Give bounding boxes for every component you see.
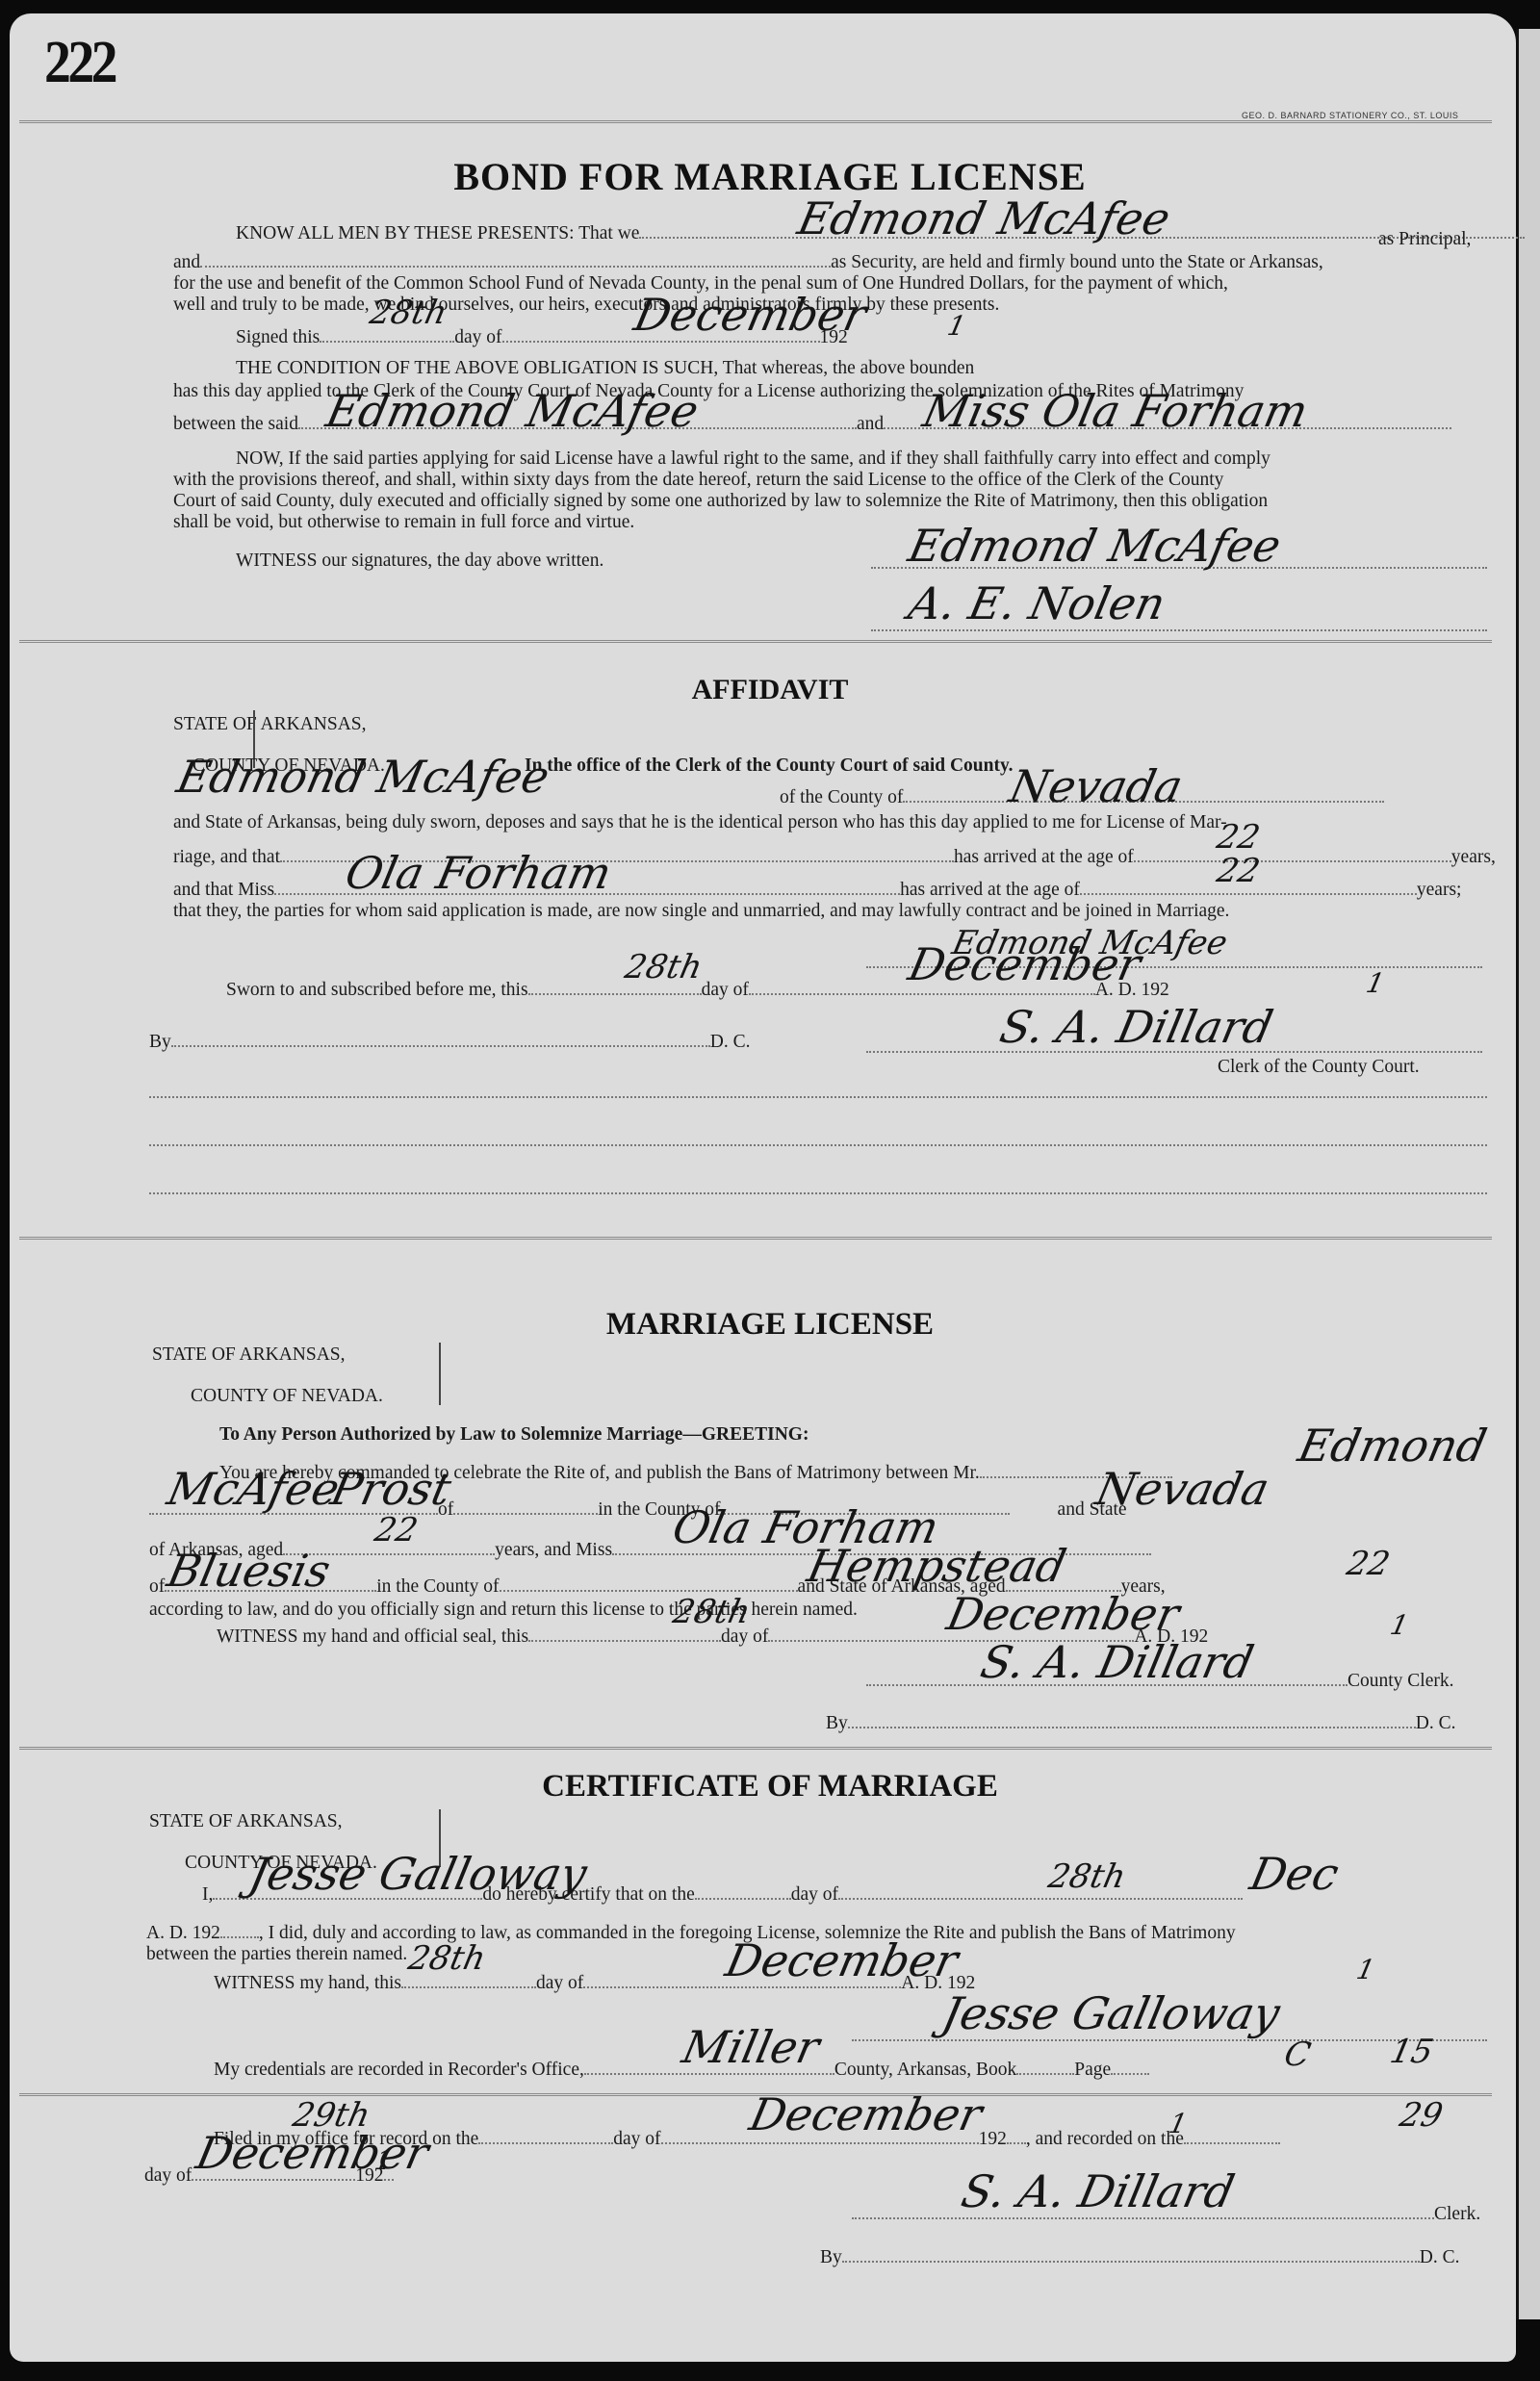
- principal-signature: Edmond McAfee: [904, 520, 1285, 572]
- security-signature: A. E. Nolen: [904, 577, 1169, 629]
- recorded-day: 29: [1397, 2096, 1447, 2135]
- license-witness-day: 28th: [670, 1593, 754, 1631]
- affidavit-groom-age: 22: [1214, 818, 1264, 857]
- bond-line-2: andas Security, are held and firmly boun…: [173, 252, 1323, 273]
- affidavit-line-5: that they, the parties for whom said app…: [173, 901, 1229, 922]
- bond-groom-name: Edmond McAfee: [321, 385, 703, 437]
- affidavit-bride-age: 22: [1214, 852, 1264, 890]
- credentials-county: Miller: [678, 2021, 824, 2073]
- certificate-witness-month: December: [721, 1934, 962, 1986]
- affidavit-line-2: and State of Arkansas, being duly sworn,…: [173, 812, 1227, 833]
- page-number: 222: [44, 29, 115, 97]
- certificate-line-2: A. D. 192, I did, duly and according to …: [146, 1923, 1236, 1944]
- signed-day: 28th: [367, 294, 450, 332]
- now-line-2: with the provisions thereof, and shall, …: [173, 470, 1223, 491]
- license-bride-town: Bluesis: [163, 1545, 335, 1597]
- license-brace: [438, 1343, 441, 1405]
- license-title: MARRIAGE LICENSE: [0, 1307, 1540, 1343]
- license-groom-county: Nevada: [1091, 1463, 1273, 1515]
- certificate-month: Dec: [1245, 1848, 1343, 1900]
- license-groom-last: McAfee: [163, 1463, 344, 1515]
- sworn-month: December: [904, 938, 1145, 990]
- certificate-state: STATE OF ARKANSAS,: [149, 1811, 343, 1832]
- filed-month: December: [745, 2088, 987, 2140]
- bond-bride-name: Miss Ola Forham: [918, 385, 1312, 437]
- license-county: COUNTY OF NEVADA.: [191, 1386, 383, 1407]
- affidavit-bride-name: Ola Forham: [341, 847, 616, 899]
- sworn-day: 28th: [622, 948, 706, 986]
- certificate-witness-day: 28th: [405, 1939, 489, 1978]
- license-clerk-signature: S. A. Dillard: [976, 1636, 1258, 1688]
- affidavit-office-line: In the office of the Clerk of the County…: [525, 755, 1014, 777]
- license-bride-age: 22: [1344, 1545, 1394, 1583]
- certificate-title: CERTIFICATE OF MARRIAGE: [0, 1769, 1540, 1805]
- stationer-imprint: GEO. D. BARNARD STATIONERY CO., ST. LOUI…: [1242, 111, 1458, 120]
- affiant-name: Edmond McAfee: [172, 751, 553, 803]
- affidavit-title: AFFIDAVIT: [0, 674, 1540, 706]
- bond-witness-line: WITNESS our signatures, the day above wr…: [236, 550, 603, 572]
- recorded-month: December: [192, 2127, 433, 2179]
- bond-line-4: well and truly to be made, we bind ourse…: [173, 294, 999, 316]
- license-by-line: ByD. C.: [826, 1713, 1455, 1734]
- officiant-signature: Jesse Galloway: [937, 1987, 1284, 2039]
- license-groom-age: 22: [372, 1511, 422, 1549]
- certificate-day: 28th: [1045, 1857, 1129, 1896]
- certificate-line-3: between the parties therein named.: [146, 1944, 407, 1965]
- filing-by-line: ByD. C.: [820, 2247, 1459, 2268]
- condition-line-1: THE CONDITION OF THE ABOVE OBLIGATION IS…: [236, 358, 974, 379]
- now-line-4: shall be void, but otherwise to remain i…: [173, 512, 634, 533]
- section-rule-1: [19, 640, 1492, 647]
- principal-name: Edmond McAfee: [793, 192, 1174, 244]
- license-groom-town: Prost: [326, 1463, 455, 1515]
- now-line-1: NOW, If the said parties applying for sa…: [236, 448, 1270, 470]
- header-rule: [19, 120, 1492, 127]
- license-witness-month: December: [942, 1588, 1184, 1640]
- credentials-page: 15: [1387, 2033, 1437, 2071]
- as-principal-label: as Principal,: [1378, 229, 1471, 250]
- license-bride-county: Hempstead: [803, 1540, 1070, 1592]
- license-groom-first: Edmond: [1294, 1420, 1491, 1472]
- affidavit-clerk-signature: S. A. Dillard: [995, 1001, 1277, 1053]
- license-greeting: To Any Person Authorized by Law to Solem…: [219, 1424, 808, 1446]
- adjacent-page-edge: [1516, 29, 1540, 2319]
- now-line-3: Court of said County, duly executed and …: [173, 491, 1268, 512]
- filing-clerk-signature: S. A. Dillard: [957, 2165, 1239, 2217]
- officiant-name: Jesse Galloway: [244, 1848, 591, 1900]
- signed-month: December: [629, 289, 871, 341]
- section-rule-3: [19, 1747, 1492, 1754]
- affiant-county: Nevada: [1005, 760, 1187, 812]
- blank-dotted-line-2: [149, 1131, 1487, 1152]
- blank-dotted-line-3: [149, 1179, 1487, 1200]
- bond-title: BOND FOR MARRIAGE LICENSE: [0, 154, 1540, 199]
- license-state: STATE OF ARKANSAS,: [152, 1344, 346, 1366]
- clerk-title: Clerk of the County Court.: [1218, 1057, 1420, 1078]
- blank-dotted-line-1: [149, 1083, 1487, 1104]
- by-dc-line: ByD. C.: [149, 1032, 750, 1053]
- affidavit-state: STATE OF ARKANSAS,: [173, 714, 367, 735]
- section-rule-2: [19, 1237, 1492, 1243]
